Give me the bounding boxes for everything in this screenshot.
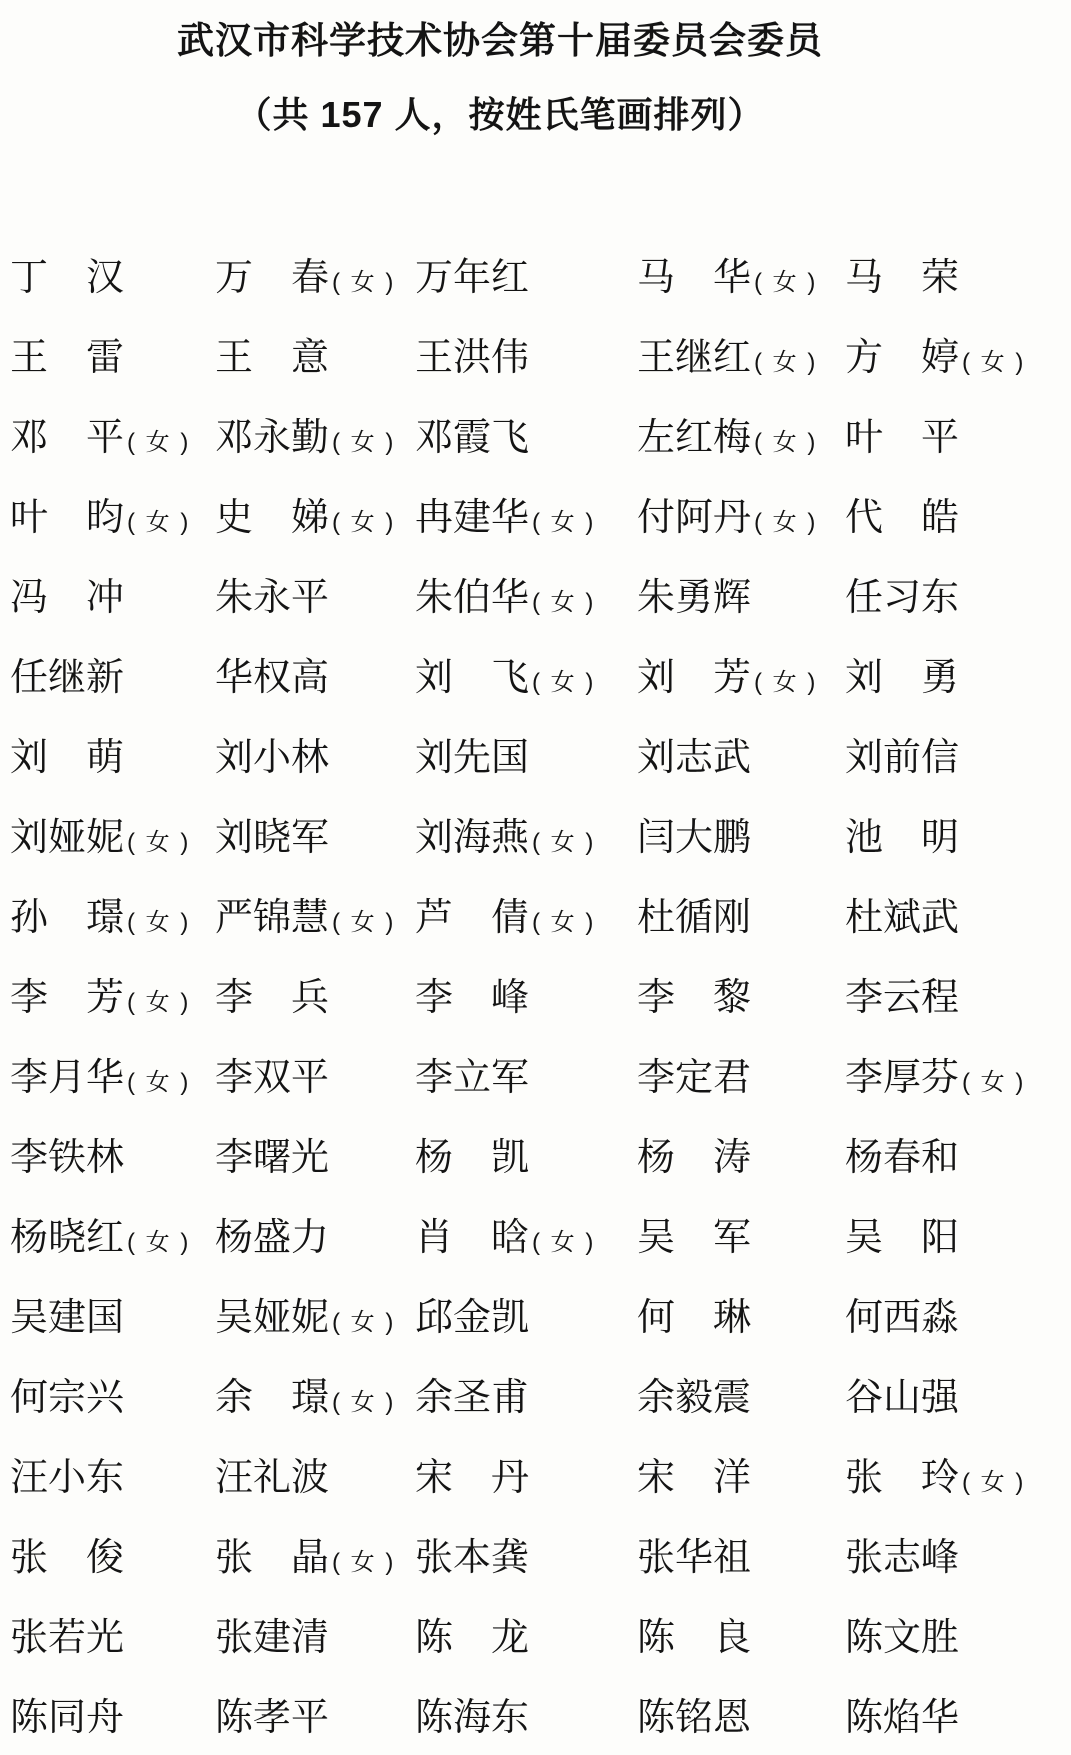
- member-name: 余毅震: [637, 1379, 751, 1417]
- member-cell: 陈同舟: [10, 1699, 215, 1737]
- member-cell: 付阿丹( 女 ): [637, 499, 845, 537]
- member-name: 王洪伟: [415, 339, 529, 377]
- member-name: 陈同舟: [10, 1699, 124, 1737]
- roster-row: 汪小东汪礼波宋 丹宋 洋张 玲( 女 ): [10, 1438, 1071, 1518]
- female-marker: ( 女 ): [532, 911, 595, 935]
- female-marker: ( 女 ): [754, 511, 817, 535]
- member-cell: 刘 萌: [10, 739, 215, 777]
- document-title: 武汉市科学技术协会第十届委员会委员: [0, 10, 1000, 64]
- member-cell: 王 雷: [10, 339, 215, 377]
- member-cell: 万年红: [415, 259, 637, 297]
- member-name: 杨盛力: [215, 1219, 329, 1257]
- member-name: 汪礼波: [215, 1459, 329, 1497]
- member-name: 陈文胜: [845, 1619, 959, 1657]
- member-cell: 杜斌武: [845, 899, 1071, 937]
- member-cell: 陈孝平: [215, 1699, 415, 1737]
- member-cell: 刘 芳( 女 ): [637, 659, 845, 697]
- member-name: 李月华: [10, 1059, 124, 1097]
- roster-row: 何宗兴余 璟( 女 )余圣甫余毅震谷山强: [10, 1358, 1071, 1438]
- member-name: 李立军: [415, 1059, 529, 1097]
- member-name: 朱永平: [215, 579, 329, 617]
- member-cell: 邓永勤( 女 ): [215, 419, 415, 457]
- member-name: 刘先国: [415, 739, 529, 777]
- member-name: 刘 飞: [415, 659, 529, 697]
- female-marker: ( 女 ): [962, 1471, 1025, 1495]
- member-name: 刘 萌: [10, 739, 124, 777]
- member-name: 王 意: [215, 339, 329, 377]
- member-cell: 刘 勇: [845, 659, 1071, 697]
- member-name: 叶 平: [845, 419, 959, 457]
- member-cell: 刘前信: [845, 739, 1071, 777]
- member-cell: 张建清: [215, 1619, 415, 1657]
- member-name: 谷山强: [845, 1379, 959, 1417]
- member-cell: 李双平: [215, 1059, 415, 1097]
- member-name: 李双平: [215, 1059, 329, 1097]
- member-name: 何西淼: [845, 1299, 959, 1337]
- member-name: 李云程: [845, 979, 959, 1017]
- member-cell: 陈焰华: [845, 1699, 1071, 1737]
- member-name: 陈孝平: [215, 1699, 329, 1737]
- member-name: 李 芳: [10, 979, 124, 1017]
- member-name: 马 荣: [845, 259, 959, 297]
- member-cell: 邓霞飞: [415, 419, 637, 457]
- member-name: 何宗兴: [10, 1379, 124, 1417]
- member-cell: 谷山强: [845, 1379, 1071, 1417]
- member-cell: 何西淼: [845, 1299, 1071, 1337]
- member-name: 朱伯华: [415, 579, 529, 617]
- member-cell: 吴 阳: [845, 1219, 1071, 1257]
- member-name: 邓霞飞: [415, 419, 529, 457]
- member-cell: 陈 龙: [415, 1619, 637, 1657]
- member-cell: 李 峰: [415, 979, 637, 1017]
- member-name: 邓 平: [10, 419, 124, 457]
- member-cell: 任继新: [10, 659, 215, 697]
- member-cell: 吴娅妮( 女 ): [215, 1299, 415, 1337]
- member-name: 邱金凯: [415, 1299, 529, 1337]
- female-marker: ( 女 ): [532, 671, 595, 695]
- member-cell: 李厚芬( 女 ): [845, 1059, 1071, 1097]
- member-name: 张华祖: [637, 1539, 751, 1577]
- member-name: 余圣甫: [415, 1379, 529, 1417]
- member-cell: 芦 倩( 女 ): [415, 899, 637, 937]
- member-cell: 叶 昀( 女 ): [10, 499, 215, 537]
- member-name: 何 琳: [637, 1299, 751, 1337]
- female-marker: ( 女 ): [332, 1391, 395, 1415]
- member-name: 严锦慧: [215, 899, 329, 937]
- roster-row: 孙 璟( 女 )严锦慧( 女 )芦 倩( 女 )杜循刚杜斌武: [10, 878, 1071, 958]
- roster-row: 刘 萌刘小林刘先国刘志武刘前信: [10, 718, 1071, 798]
- member-cell: 陈铭恩: [637, 1699, 845, 1737]
- member-cell: 李云程: [845, 979, 1071, 1017]
- member-name: 代 皓: [845, 499, 959, 537]
- member-cell: 杨盛力: [215, 1219, 415, 1257]
- roster-row: 张 俊张 晶( 女 )张本龚张华祖张志峰: [10, 1518, 1071, 1598]
- member-cell: 吴 军: [637, 1219, 845, 1257]
- member-name: 刘晓军: [215, 819, 329, 857]
- female-marker: ( 女 ): [127, 991, 190, 1015]
- member-cell: 左红梅( 女 ): [637, 419, 845, 457]
- member-name: 宋 丹: [415, 1459, 529, 1497]
- member-name: 付阿丹: [637, 499, 751, 537]
- member-cell: 刘先国: [415, 739, 637, 777]
- member-name: 池 明: [845, 819, 959, 857]
- member-cell: 刘志武: [637, 739, 845, 777]
- member-name: 华权高: [215, 659, 329, 697]
- female-marker: ( 女 ): [332, 1551, 395, 1575]
- member-name: 闫大鹏: [637, 819, 751, 857]
- member-cell: 李曙光: [215, 1139, 415, 1177]
- member-cell: 刘海燕( 女 ): [415, 819, 637, 857]
- member-cell: 肖 晗( 女 ): [415, 1219, 637, 1257]
- member-cell: 陈 良: [637, 1619, 845, 1657]
- female-marker: ( 女 ): [332, 511, 395, 535]
- member-name: 陈 良: [637, 1619, 751, 1657]
- roster-row: 张若光张建清陈 龙陈 良陈文胜: [10, 1598, 1071, 1678]
- member-cell: 李立军: [415, 1059, 637, 1097]
- member-cell: 陈文胜: [845, 1619, 1071, 1657]
- female-marker: ( 女 ): [332, 1311, 395, 1335]
- member-cell: 张 晶( 女 ): [215, 1539, 415, 1577]
- member-cell: 刘小林: [215, 739, 415, 777]
- member-cell: 李 芳( 女 ): [10, 979, 215, 1017]
- member-name: 余 璟: [215, 1379, 329, 1417]
- member-cell: 邓 平( 女 ): [10, 419, 215, 457]
- member-name: 方 婷: [845, 339, 959, 377]
- female-marker: ( 女 ): [962, 1071, 1025, 1095]
- member-name: 冉建华: [415, 499, 529, 537]
- member-name: 丁 汉: [10, 259, 124, 297]
- roster-row: 刘娅妮( 女 )刘晓军刘海燕( 女 )闫大鹏池 明: [10, 798, 1071, 878]
- member-name: 叶 昀: [10, 499, 124, 537]
- female-marker: ( 女 ): [127, 831, 190, 855]
- member-cell: 张 俊: [10, 1539, 215, 1577]
- member-name: 李 峰: [415, 979, 529, 1017]
- member-cell: 丁 汉: [10, 259, 215, 297]
- female-marker: ( 女 ): [127, 431, 190, 455]
- member-name: 李 兵: [215, 979, 329, 1017]
- member-name: 李厚芬: [845, 1059, 959, 1097]
- member-name: 张建清: [215, 1619, 329, 1657]
- member-cell: 张本龚: [415, 1539, 637, 1577]
- member-name: 吴 军: [637, 1219, 751, 1257]
- member-name: 吴建国: [10, 1299, 124, 1337]
- female-marker: ( 女 ): [127, 511, 190, 535]
- member-name: 刘海燕: [415, 819, 529, 857]
- member-name: 朱勇辉: [637, 579, 751, 617]
- member-cell: 刘 飞( 女 ): [415, 659, 637, 697]
- female-marker: ( 女 ): [962, 351, 1025, 375]
- member-cell: 李月华( 女 ): [10, 1059, 215, 1097]
- member-name: 马 华: [637, 259, 751, 297]
- member-name: 刘 勇: [845, 659, 959, 697]
- member-cell: 严锦慧( 女 ): [215, 899, 415, 937]
- member-name: 芦 倩: [415, 899, 529, 937]
- roster-row: 王 雷王 意王洪伟王继红( 女 )方 婷( 女 ): [10, 318, 1071, 398]
- female-marker: ( 女 ): [127, 1071, 190, 1095]
- member-cell: 杨晓红( 女 ): [10, 1219, 215, 1257]
- member-cell: 何 琳: [637, 1299, 845, 1337]
- member-cell: 华权高: [215, 659, 415, 697]
- member-name: 陈 龙: [415, 1619, 529, 1657]
- female-marker: ( 女 ): [332, 271, 395, 295]
- female-marker: ( 女 ): [532, 591, 595, 615]
- member-name: 万年红: [415, 259, 529, 297]
- member-cell: 王洪伟: [415, 339, 637, 377]
- member-name: 张志峰: [845, 1539, 959, 1577]
- member-name: 左红梅: [637, 419, 751, 457]
- member-cell: 任习东: [845, 579, 1071, 617]
- roster-row: 丁 汉万 春( 女 )万年红马 华( 女 )马 荣: [10, 238, 1071, 318]
- female-marker: ( 女 ): [754, 431, 817, 455]
- roster-row: 李 芳( 女 )李 兵李 峰李 黎李云程: [10, 958, 1071, 1038]
- member-name: 张 俊: [10, 1539, 124, 1577]
- member-cell: 马 华( 女 ): [637, 259, 845, 297]
- member-cell: 余圣甫: [415, 1379, 637, 1417]
- member-name: 李定君: [637, 1059, 751, 1097]
- female-marker: ( 女 ): [532, 831, 595, 855]
- document-subtitle: （共 157 人，按姓氏笔画排列）: [0, 87, 1000, 138]
- member-name: 张若光: [10, 1619, 124, 1657]
- member-cell: 宋 洋: [637, 1459, 845, 1497]
- member-name: 史 娣: [215, 499, 329, 537]
- female-marker: ( 女 ): [127, 911, 190, 935]
- member-cell: 池 明: [845, 819, 1071, 857]
- member-cell: 张志峰: [845, 1539, 1071, 1577]
- member-cell: 汪礼波: [215, 1459, 415, 1497]
- member-name: 王继红: [637, 339, 751, 377]
- roster-row: 邓 平( 女 )邓永勤( 女 )邓霞飞左红梅( 女 )叶 平: [10, 398, 1071, 478]
- member-cell: 王 意: [215, 339, 415, 377]
- roster: 丁 汉万 春( 女 )万年红马 华( 女 )马 荣王 雷王 意王洪伟王继红( 女…: [10, 238, 1071, 1755]
- female-marker: ( 女 ): [332, 431, 395, 455]
- member-cell: 张华祖: [637, 1539, 845, 1577]
- member-cell: 李 兵: [215, 979, 415, 1017]
- member-name: 孙 璟: [10, 899, 124, 937]
- female-marker: ( 女 ): [754, 351, 817, 375]
- member-cell: 冉建华( 女 ): [415, 499, 637, 537]
- member-name: 刘志武: [637, 739, 751, 777]
- member-name: 宋 洋: [637, 1459, 751, 1497]
- member-cell: 杨春和: [845, 1139, 1071, 1177]
- member-cell: 吴建国: [10, 1299, 215, 1337]
- member-cell: 朱伯华( 女 ): [415, 579, 637, 617]
- member-cell: 刘娅妮( 女 ): [10, 819, 215, 857]
- female-marker: ( 女 ): [754, 671, 817, 695]
- member-name: 任习东: [845, 579, 959, 617]
- member-cell: 史 娣( 女 ): [215, 499, 415, 537]
- roster-row: 叶 昀( 女 )史 娣( 女 )冉建华( 女 )付阿丹( 女 )代 皓: [10, 478, 1071, 558]
- member-cell: 张若光: [10, 1619, 215, 1657]
- member-cell: 代 皓: [845, 499, 1071, 537]
- member-cell: 王继红( 女 ): [637, 339, 845, 377]
- member-cell: 李铁林: [10, 1139, 215, 1177]
- member-cell: 余 璟( 女 ): [215, 1379, 415, 1417]
- member-name: 李 黎: [637, 979, 751, 1017]
- female-marker: ( 女 ): [532, 1231, 595, 1255]
- member-name: 刘 芳: [637, 659, 751, 697]
- female-marker: ( 女 ): [532, 511, 595, 535]
- roster-row: 陈同舟陈孝平陈海东陈铭恩陈焰华: [10, 1678, 1071, 1755]
- member-name: 杜斌武: [845, 899, 959, 937]
- member-name: 杨 涛: [637, 1139, 751, 1177]
- member-name: 万 春: [215, 259, 329, 297]
- member-name: 汪小东: [10, 1459, 124, 1497]
- member-name: 任继新: [10, 659, 124, 697]
- member-cell: 朱勇辉: [637, 579, 845, 617]
- roster-row: 李铁林李曙光杨 凯杨 涛杨春和: [10, 1118, 1071, 1198]
- member-name: 肖 晗: [415, 1219, 529, 1257]
- member-cell: 杨 凯: [415, 1139, 637, 1177]
- member-cell: 张 玲( 女 ): [845, 1459, 1071, 1497]
- member-cell: 刘晓军: [215, 819, 415, 857]
- member-name: 王 雷: [10, 339, 124, 377]
- member-cell: 陈海东: [415, 1699, 637, 1737]
- member-name: 杨春和: [845, 1139, 959, 1177]
- roster-row: 任继新华权高刘 飞( 女 )刘 芳( 女 )刘 勇: [10, 638, 1071, 718]
- member-name: 刘娅妮: [10, 819, 124, 857]
- member-cell: 朱永平: [215, 579, 415, 617]
- member-cell: 邱金凯: [415, 1299, 637, 1337]
- member-name: 吴 阳: [845, 1219, 959, 1257]
- member-cell: 宋 丹: [415, 1459, 637, 1497]
- member-name: 吴娅妮: [215, 1299, 329, 1337]
- member-cell: 闫大鹏: [637, 819, 845, 857]
- roster-row: 吴建国吴娅妮( 女 )邱金凯何 琳何西淼: [10, 1278, 1071, 1358]
- female-marker: ( 女 ): [127, 1231, 190, 1255]
- female-marker: ( 女 ): [754, 271, 817, 295]
- member-name: 张 晶: [215, 1539, 329, 1577]
- member-cell: 万 春( 女 ): [215, 259, 415, 297]
- member-cell: 马 荣: [845, 259, 1071, 297]
- member-cell: 李定君: [637, 1059, 845, 1097]
- member-name: 李曙光: [215, 1139, 329, 1177]
- member-cell: 何宗兴: [10, 1379, 215, 1417]
- roster-row: 冯 冲朱永平朱伯华( 女 )朱勇辉任习东: [10, 558, 1071, 638]
- member-cell: 叶 平: [845, 419, 1071, 457]
- member-name: 陈铭恩: [637, 1699, 751, 1737]
- roster-row: 杨晓红( 女 )杨盛力肖 晗( 女 )吴 军吴 阳: [10, 1198, 1071, 1278]
- member-name: 冯 冲: [10, 579, 124, 617]
- member-cell: 孙 璟( 女 ): [10, 899, 215, 937]
- member-name: 李铁林: [10, 1139, 124, 1177]
- member-cell: 杨 涛: [637, 1139, 845, 1177]
- roster-row: 李月华( 女 )李双平李立军李定君李厚芬( 女 ): [10, 1038, 1071, 1118]
- member-name: 杜循刚: [637, 899, 751, 937]
- member-name: 陈焰华: [845, 1699, 959, 1737]
- member-cell: 冯 冲: [10, 579, 215, 617]
- member-cell: 方 婷( 女 ): [845, 339, 1071, 377]
- female-marker: ( 女 ): [332, 911, 395, 935]
- member-name: 张本龚: [415, 1539, 529, 1577]
- member-name: 张 玲: [845, 1459, 959, 1497]
- document-page: 武汉市科学技术协会第十届委员会委员 （共 157 人，按姓氏笔画排列） 丁 汉万…: [0, 0, 1071, 1755]
- member-cell: 杜循刚: [637, 899, 845, 937]
- member-name: 陈海东: [415, 1699, 529, 1737]
- member-name: 邓永勤: [215, 419, 329, 457]
- member-cell: 汪小东: [10, 1459, 215, 1497]
- member-cell: 李 黎: [637, 979, 845, 1017]
- member-name: 刘前信: [845, 739, 959, 777]
- member-cell: 余毅震: [637, 1379, 845, 1417]
- member-name: 杨 凯: [415, 1139, 529, 1177]
- member-name: 刘小林: [215, 739, 329, 777]
- member-name: 杨晓红: [10, 1219, 124, 1257]
